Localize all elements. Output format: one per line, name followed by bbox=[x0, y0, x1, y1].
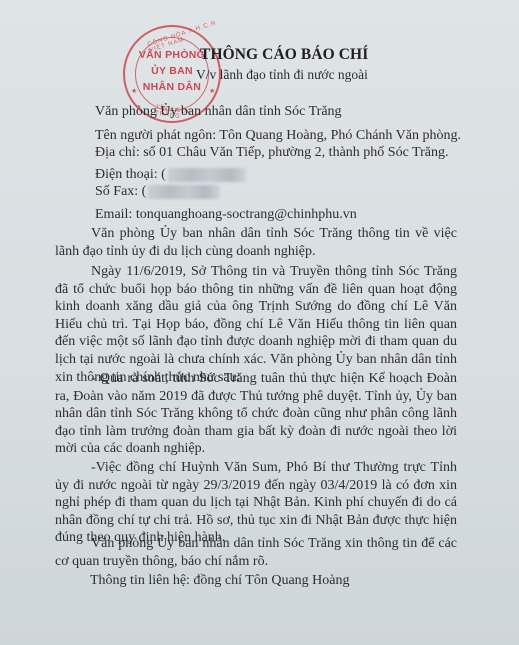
body-paragraph-2: - Qua rà soát, tỉnh Sóc Trăng tuân thủ t… bbox=[55, 370, 457, 458]
phone-label: Điện thoại: ( bbox=[95, 167, 166, 182]
body-paragraph-3: -Việc đồng chí Huỳnh Văn Sum, Phó Bí thư… bbox=[55, 459, 457, 547]
address-line: Địa chỉ: số 01 Châu Văn Tiếp, phường 2, … bbox=[95, 145, 448, 161]
spokesperson-line: Tên người phát ngôn: Tôn Quang Hoàng, Ph… bbox=[95, 128, 461, 144]
contact-line: Thông tin liên hệ: đồng chí Tôn Quang Ho… bbox=[90, 573, 349, 589]
document-subtitle: V/v lãnh đạo tỉnh đi nước ngoài bbox=[196, 67, 368, 83]
phone-line: Điện thoại: ( bbox=[95, 167, 246, 183]
document-title: THÔNG CÁO BÁO CHÍ bbox=[200, 46, 368, 64]
intro-paragraph: Văn phòng Ủy ban nhân dân tỉnh Sóc Trăng… bbox=[55, 225, 457, 260]
body-paragraph-1: Ngày 11/6/2019, Sở Thông tin và Truyền t… bbox=[55, 263, 457, 386]
redacted-fax-number bbox=[148, 185, 220, 199]
closing-paragraph: Văn phòng Ủy ban nhân dân tỉnh Sóc Trăng… bbox=[55, 535, 457, 570]
redacted-phone-number bbox=[168, 168, 246, 182]
press-release-page: CỘNG HÒA X.H.C.N VIỆT NAM TỈNH SÓC TRĂNG… bbox=[0, 0, 519, 645]
fax-line: Số Fax: ( bbox=[95, 184, 220, 200]
email-line: Email: tonquanghoang-soctrang@chinhphu.v… bbox=[95, 207, 357, 223]
fax-label: Số Fax: ( bbox=[95, 184, 146, 199]
issuer-line: Văn phòng Ủy ban nhân dân tỉnh Sóc Trăng bbox=[95, 104, 342, 120]
